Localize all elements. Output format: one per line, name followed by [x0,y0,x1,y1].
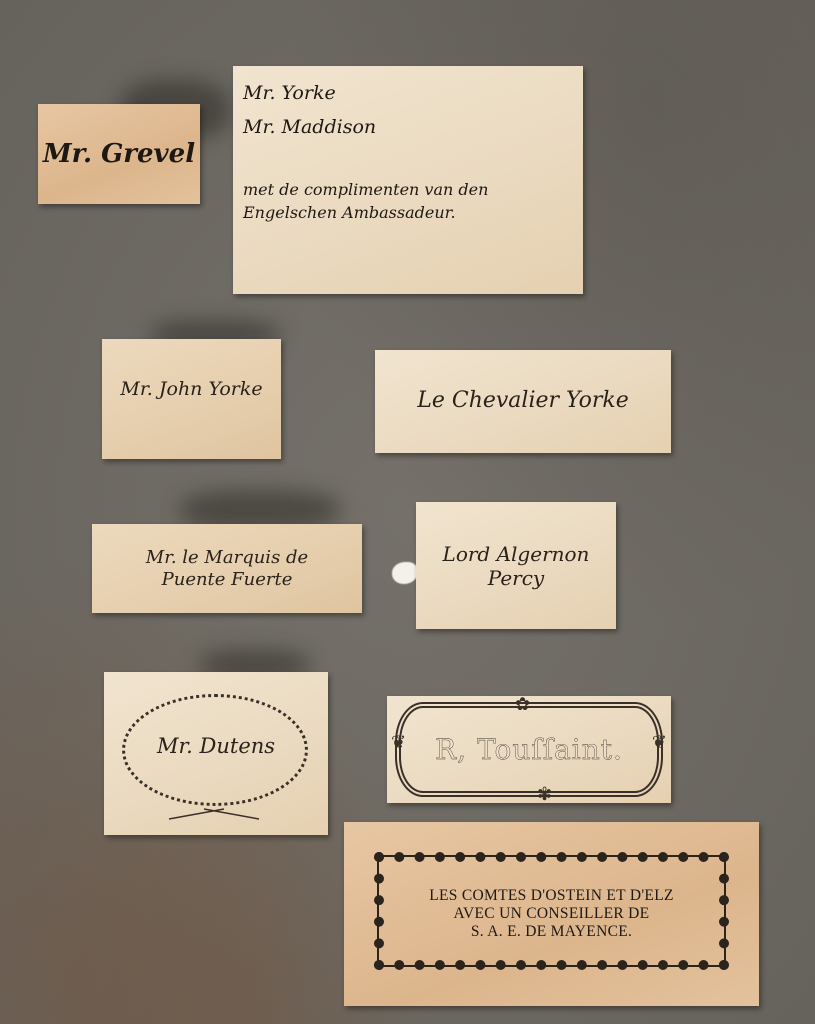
visiting-card-chevalier-yorke: Le Chevalier Yorke [375,350,671,453]
visiting-card-dutens: Mr. Dutens [104,672,328,835]
floral-ornament-icon: ✾ [537,784,552,805]
card-text-line: Mr. Maddison [243,116,376,138]
card-text-line: Puente Fuerte [162,569,293,591]
card-text-line: Engelschen Ambassadeur. [243,203,456,222]
crossed-stems-icon [164,807,264,821]
card-text-line: Percy [488,566,544,590]
card-text: Le Chevalier Yorke [417,388,629,414]
visiting-card-toussaint: ❦ ❦ ✿ ✾ R, Touſſaint. [387,696,671,803]
visiting-card-john-yorke: Mr. John Yorke [102,339,281,459]
floral-ornament-icon: ❦ [391,732,406,753]
card-text-line: Lord Algernon [443,542,590,566]
card-text: Mr. Grevel [43,139,195,169]
visiting-card-marquis: Mr. le Marquis de Puente Fuerte [92,524,362,613]
visiting-card-grevel: Mr. Grevel [38,104,200,204]
visiting-card-percy: Lord Algernon Percy [416,502,616,629]
ornamental-border-icon [374,852,729,970]
visiting-card-ostein-elz: LES COMTES D'OSTEIN ET D'ELZ AVEC UN CON… [344,822,759,1006]
mount-board: Mr. Grevel Mr. Yorke Mr. Maddison met de… [0,0,815,1024]
rococo-frame-icon [395,702,663,797]
paper-tuft [392,562,418,584]
card-text-line: Mr. Yorke [243,82,336,104]
card-text-line: met de complimenten van den [243,180,488,199]
floral-ornament-icon: ✿ [515,694,530,715]
card-text-line: Mr. le Marquis de [146,547,308,569]
card-text: Mr. John Yorke [120,378,262,401]
visiting-card-yorke-maddison: Mr. Yorke Mr. Maddison met de compliment… [233,66,583,294]
floral-ornament-icon: ❦ [652,732,667,753]
laurel-wreath-icon [122,694,308,806]
